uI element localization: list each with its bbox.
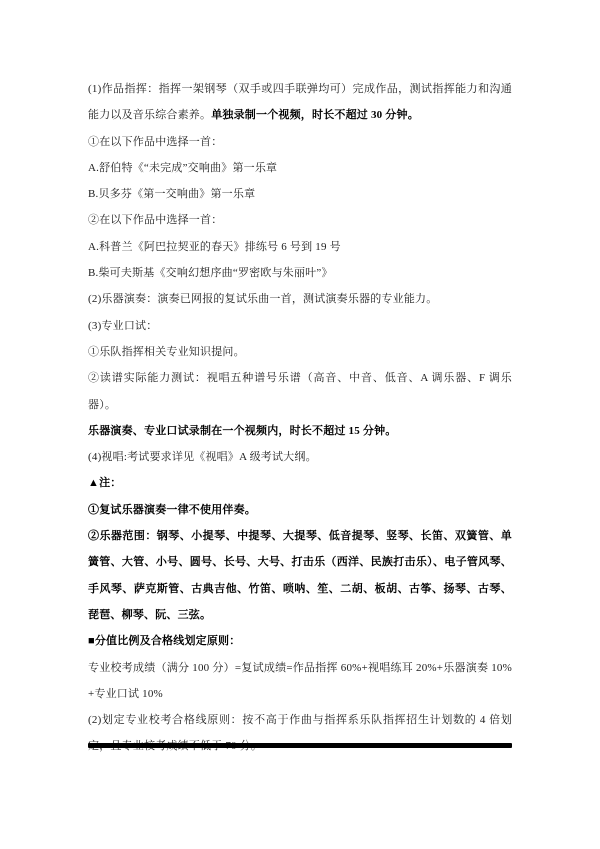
paragraph: ①在以下作品中选择一首： [88, 129, 512, 155]
paragraph: B.贝多芬《第一交响曲》第一乐章 [88, 181, 512, 207]
text-segment: ■分值比例及合格线划定原则： [88, 635, 240, 647]
document-body: (1)作品指挥：指挥一架钢琴（双手或四手联弹均可）完成作品，测试指挥能力和沟通能… [88, 76, 512, 760]
text-segment: (3)专业口试： [88, 320, 157, 332]
paragraph: 专业校考成绩（满分 100 分）=复试成绩=作品指挥 60%+视唱练耳 20%+… [88, 655, 512, 708]
paragraph: (3)专业口试： [88, 313, 512, 339]
paragraph: ①复试乐器演奏一律不使用伴奏。 [88, 497, 512, 523]
text-segment: ①乐队指挥相关专业知识提问。 [88, 346, 245, 358]
text-segment: ▲注： [88, 477, 122, 489]
text-segment: B.柴可夫斯基《交响幻想序曲“罗密欧与朱丽叶”》 [88, 267, 333, 279]
paragraph: ▲注： [88, 470, 512, 496]
text-segment: ②读谱实际能力测试：视唱五种谱号乐谱（高音、中音、低音、A 调乐器、F 调乐器）… [88, 372, 512, 410]
text-segment: 乐器演奏、专业口试录制在一个视频内，时长不超过 15 分钟。 [88, 425, 397, 437]
paragraph: A.舒伯特《“未完成”交响曲》第一乐章 [88, 155, 512, 181]
text-segment: 单独录制一个视频，时长不超过 30 分钟。 [211, 109, 419, 121]
paragraph: (2)乐器演奏：演奏已网报的复试乐曲一首，测试演奏乐器的专业能力。 [88, 286, 512, 312]
text-segment: (4)视唱:考试要求详见《视唱》A 级考试大纲。 [88, 451, 317, 463]
paragraph: ■分值比例及合格线划定原则： [88, 628, 512, 654]
paragraph: 乐器演奏、专业口试录制在一个视频内，时长不超过 15 分钟。 [88, 418, 512, 444]
text-segment: 专业校考成绩（满分 100 分）=复试成绩=作品指挥 60%+视唱练耳 20%+… [88, 662, 512, 700]
text-segment: A.科普兰《阿巴拉契亚的春天》排练号 6 号到 19 号 [88, 241, 341, 253]
text-segment: ②在以下作品中选择一首： [88, 214, 222, 226]
text-segment: ①在以下作品中选择一首： [88, 136, 222, 148]
paragraph: ②读谱实际能力测试：视唱五种谱号乐谱（高音、中音、低音、A 调乐器、F 调乐器）… [88, 365, 512, 418]
paragraph: (1)作品指挥：指挥一架钢琴（双手或四手联弹均可）完成作品，测试指挥能力和沟通能… [88, 76, 512, 129]
paragraph: ①乐队指挥相关专业知识提问。 [88, 339, 512, 365]
paragraph: A.科普兰《阿巴拉契亚的春天》排练号 6 号到 19 号 [88, 234, 512, 260]
paragraph: ②在以下作品中选择一首： [88, 207, 512, 233]
paragraph: ②乐器范围：钢琴、小提琴、中提琴、大提琴、低音提琴、竖琴、长笛、双簧管、单簧管、… [88, 523, 512, 628]
paragraph: (2)划定专业校考合格线原则：按不高于作曲与指挥系乐队指挥招生计划数的 4 倍划… [88, 707, 512, 760]
paragraph: (4)视唱:考试要求详见《视唱》A 级考试大纲。 [88, 444, 512, 470]
text-segment: B.贝多芬《第一交响曲》第一乐章 [88, 188, 255, 200]
document-page: (1)作品指挥：指挥一架钢琴（双手或四手联弹均可）完成作品，测试指挥能力和沟通能… [0, 0, 600, 849]
text-segment: ①复试乐器演奏一律不使用伴奏。 [88, 504, 256, 516]
paragraph: B.柴可夫斯基《交响幻想序曲“罗密欧与朱丽叶”》 [88, 260, 512, 286]
text-segment: A.舒伯特《“未完成”交响曲》第一乐章 [88, 162, 277, 174]
footer-divider [88, 743, 512, 748]
text-segment: (2)乐器演奏：演奏已网报的复试乐曲一首，测试演奏乐器的专业能力。 [88, 293, 437, 305]
text-segment: ②乐器范围：钢琴、小提琴、中提琴、大提琴、低音提琴、竖琴、长笛、双簧管、单簧管、… [88, 530, 512, 621]
